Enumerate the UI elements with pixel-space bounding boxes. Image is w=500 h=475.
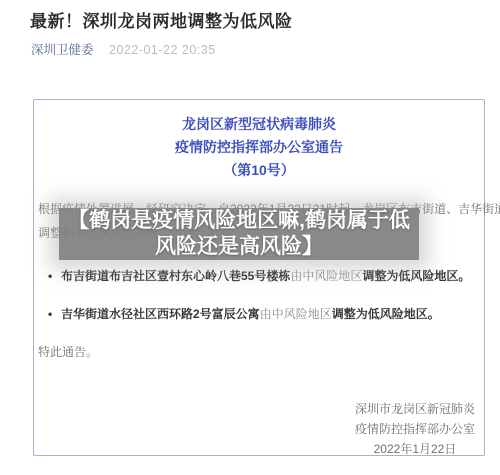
- signature-line-1: 深圳市龙岗区新冠肺炎: [355, 399, 475, 419]
- author-link[interactable]: 深圳卫健委: [31, 43, 94, 57]
- closing-text: 特此通告。: [38, 343, 98, 360]
- notice-title-line-3: （第10号）: [34, 159, 484, 182]
- article-title: 最新！深圳龙岗两地调整为低风险: [30, 7, 293, 32]
- signature-block: 深圳市龙岗区新冠肺炎 疫情防控指挥部办公室 2022年1月22日: [355, 399, 475, 459]
- byline: 深圳卫健委 2022-01-22 20:35: [31, 40, 216, 58]
- bullet-location: 吉华街道水径社区西环路2号富辰公寓: [61, 307, 260, 321]
- bullet-middle: 由中风险地区: [260, 307, 332, 321]
- notice-title-line-2: 疫情防控指挥部办公室通告: [34, 136, 484, 159]
- notice-title-line-1: 龙岗区新型冠状病毒肺炎: [34, 113, 484, 136]
- signature-date: 2022年1月22日: [355, 439, 475, 459]
- notice-image[interactable]: 龙岗区新型冠状病毒肺炎 疫情防控指挥部办公室通告 （第10号） 根据疫情处置进展…: [33, 99, 485, 456]
- notice-bullet-list: 布吉街道布吉社区壹村东心岭八巷55号楼栋由中风险地区调整为低风险地区。 吉华街道…: [48, 266, 478, 342]
- article-page: 最新！深圳龙岗两地调整为低风险 深圳卫健委 2022-01-22 20:35 龙…: [0, 0, 500, 475]
- bullet-location: 布吉街道布吉社区壹村东心岭八巷55号楼栋: [61, 269, 290, 283]
- bullet-middle: 由中风险地区: [290, 269, 362, 283]
- notice-bullet-item: 吉华街道水径社区西环路2号富辰公寓由中风险地区调整为低风险地区。: [48, 304, 478, 325]
- notice-title: 龙岗区新型冠状病毒肺炎 疫情防控指挥部办公室通告 （第10号）: [34, 113, 484, 182]
- signature-line-2: 疫情防控指挥部办公室: [355, 419, 475, 439]
- notice-bullet-item: 布吉街道布吉社区壹村东心岭八巷55号楼栋由中风险地区调整为低风险地区。: [48, 266, 478, 287]
- bullet-result: 调整为低风险地区。: [362, 269, 470, 283]
- publish-time: 2022-01-22 20:35: [109, 43, 216, 57]
- watermark-overlay: 【鹤岗是疫情风险地区嘛,鹤岗属于低风险还是高风险】: [59, 208, 419, 260]
- bullet-result: 调整为低风险地区。: [332, 307, 440, 321]
